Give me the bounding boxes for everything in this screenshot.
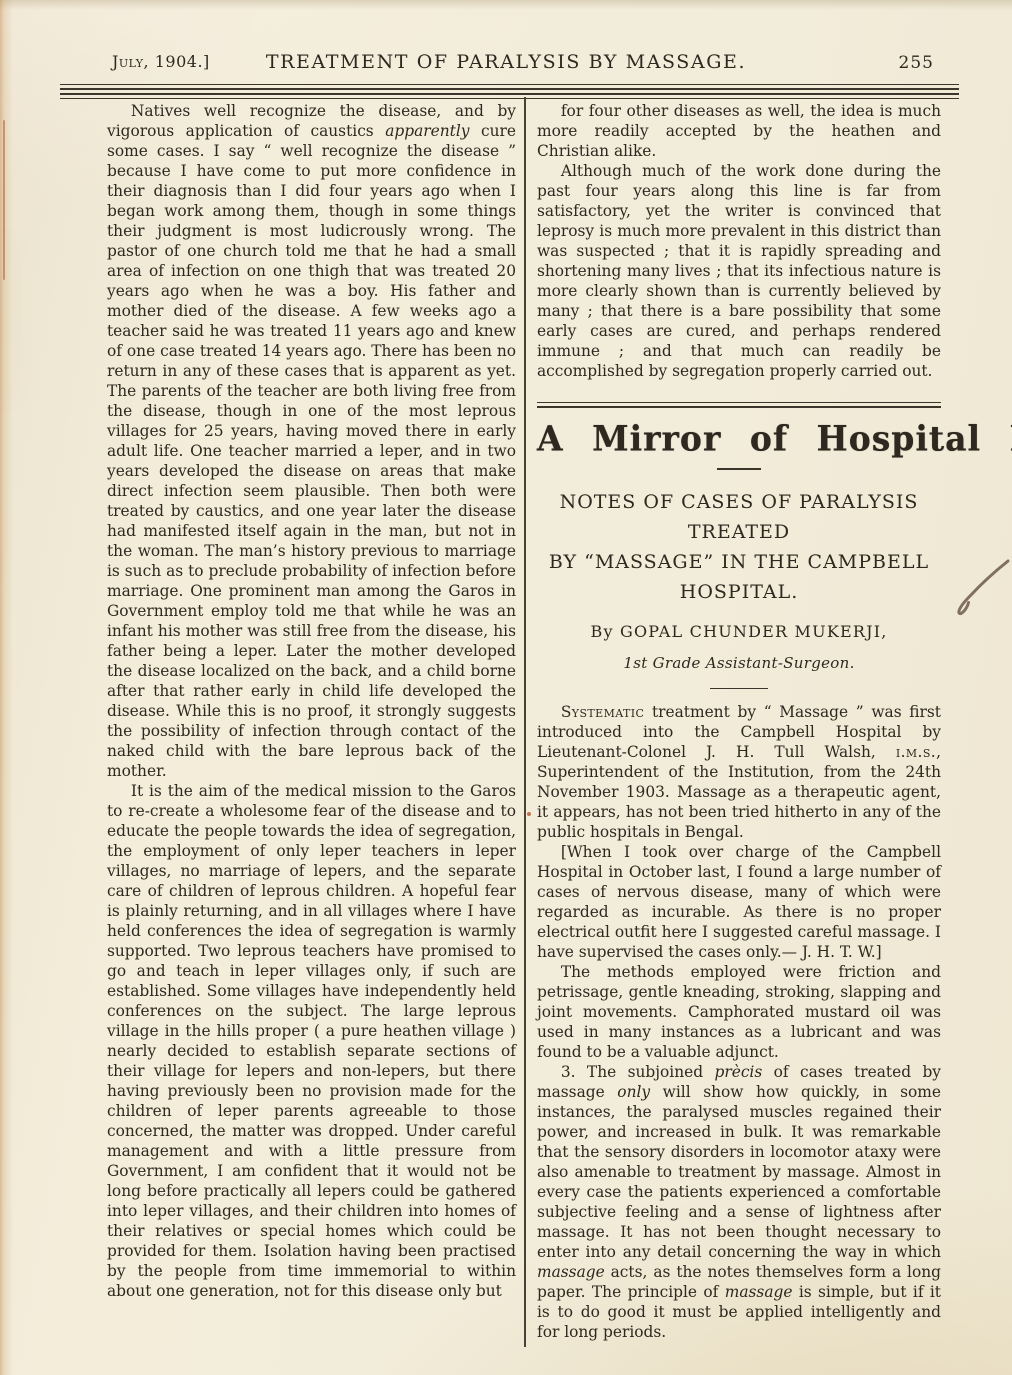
article-byline-role: 1st Grade Assistant-Surgeon.	[537, 653, 941, 673]
journal-page: July, 1904.] TREATMENT OF PARALYSIS BY M…	[0, 0, 1012, 1375]
ink-spot	[527, 812, 531, 816]
section-rule	[537, 402, 941, 408]
left-column: Natives well recognize the disease, and …	[107, 101, 516, 1301]
page-edge-line	[3, 120, 5, 280]
paragraph: It is the aim of the medical mission to …	[107, 781, 516, 1301]
masthead-divider	[717, 468, 761, 470]
article-body: Systematic treatment by “ Massage ” was …	[537, 702, 941, 1342]
masthead-title: A Mirror of Hospital Practice.	[537, 429, 941, 450]
paragraph: 3. The subjoined prècis of cases treated…	[537, 1062, 941, 1342]
header-rule-bottom	[60, 93, 959, 99]
paragraph: The methods employed were friction and p…	[537, 962, 941, 1062]
article-title-line: BY “MASSAGE” IN THE CAMPBELL	[537, 547, 941, 577]
page-top-shadow	[0, 0, 1012, 10]
right-column: for four other diseases as well, the ide…	[537, 101, 941, 1342]
article-title: NOTES OF CASES OF PARALYSIS TREATED BY “…	[537, 487, 941, 607]
handwritten-pen-mark	[942, 558, 1012, 620]
paragraph: Although much of the work done during th…	[537, 161, 941, 381]
article-byline: By GOPAL CHUNDER MUKERJI,	[537, 622, 941, 642]
article-title-line: HOSPITAL.	[537, 577, 941, 607]
header-rule-top	[60, 84, 959, 90]
article-title-line: NOTES OF CASES OF PARALYSIS TREATED	[537, 487, 941, 547]
paragraph: [When I took over charge of the Campbell…	[537, 842, 941, 962]
paragraph: Systematic treatment by “ Massage ” was …	[537, 702, 941, 842]
page-title: TREATMENT OF PARALYSIS BY MASSAGE.	[0, 51, 1012, 73]
byline-divider	[710, 688, 768, 689]
column-divider-rule	[524, 97, 526, 1347]
header-rules	[60, 84, 959, 99]
page-number: 255	[899, 53, 934, 73]
paragraph: for four other diseases as well, the ide…	[537, 101, 941, 161]
paragraph: Natives well recognize the disease, and …	[107, 101, 516, 781]
